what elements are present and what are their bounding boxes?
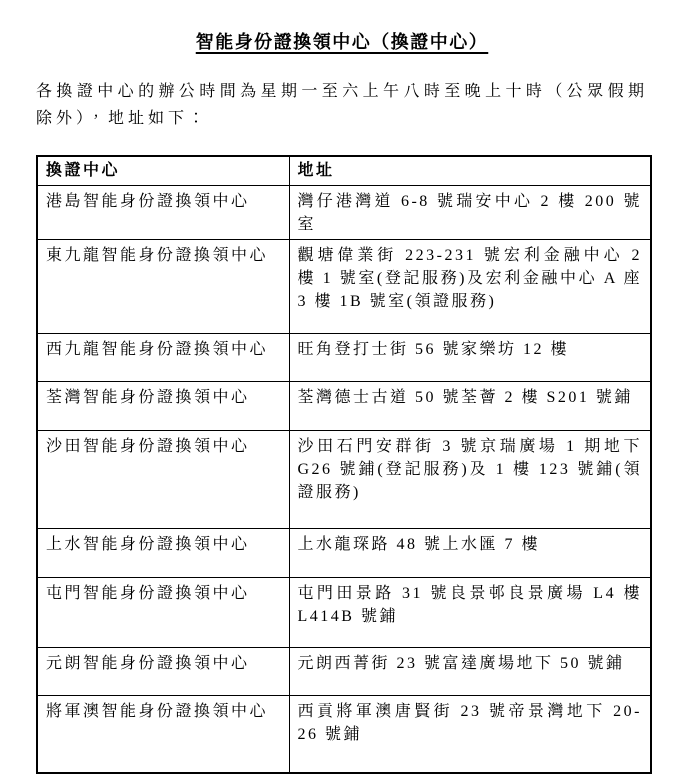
table-row: 東九龍智能身份證換領中心觀塘偉業街 223-231 號宏利金融中心 2 樓 1 … bbox=[37, 240, 651, 334]
centre-cell: 東九龍智能身份證換領中心 bbox=[37, 240, 289, 334]
centre-cell: 將軍澳智能身份證換領中心 bbox=[37, 696, 289, 773]
address-cell: 荃灣德士古道 50 號荃薈 2 樓 S201 號鋪 bbox=[289, 382, 651, 431]
centre-cell: 沙田智能身份證換領中心 bbox=[37, 431, 289, 529]
intro-paragraph: 各換證中心的辦公時間為星期一至六上午八時至晚上十時（公眾假期除外），地址如下： bbox=[36, 78, 648, 132]
table-header: 換證中心 地址 bbox=[37, 156, 651, 186]
table-row: 上水智能身份證換領中心上水龍琛路 48 號上水匯 7 樓 bbox=[37, 529, 651, 578]
centre-cell: 西九龍智能身份證換領中心 bbox=[37, 334, 289, 382]
table-row: 屯門智能身份證換領中心屯門田景路 31 號良景邨良景廣場 L4 樓 L414B … bbox=[37, 578, 651, 648]
header-row: 換證中心 地址 bbox=[37, 156, 651, 186]
address-cell: 旺角登打士街 56 號家樂坊 12 樓 bbox=[289, 334, 651, 382]
address-cell: 屯門田景路 31 號良景邨良景廣場 L4 樓 L414B 號鋪 bbox=[289, 578, 651, 648]
address-cell: 元朗西菁街 23 號富達廣場地下 50 號鋪 bbox=[289, 648, 651, 696]
table-row: 沙田智能身份證換領中心沙田石門安群街 3 號京瑞廣場 1 期地下 G26 號鋪(… bbox=[37, 431, 651, 529]
table-row: 西九龍智能身份證換領中心旺角登打士街 56 號家樂坊 12 樓 bbox=[37, 334, 651, 382]
address-cell: 沙田石門安群街 3 號京瑞廣場 1 期地下 G26 號鋪(登記服務)及 1 樓 … bbox=[289, 431, 651, 529]
table-row: 將軍澳智能身份證換領中心西貢將軍澳唐賢街 23 號帝景灣地下 20-26 號鋪 bbox=[37, 696, 651, 773]
col-header-address: 地址 bbox=[289, 156, 651, 186]
centre-cell: 元朗智能身份證換領中心 bbox=[37, 648, 289, 696]
centre-cell: 上水智能身份證換領中心 bbox=[37, 529, 289, 578]
centre-cell: 屯門智能身份證換領中心 bbox=[37, 578, 289, 648]
table-row: 港島智能身份證換領中心灣仔港灣道 6-8 號瑞安中心 2 樓 200 號室 bbox=[37, 186, 651, 240]
centre-cell: 荃灣智能身份證換領中心 bbox=[37, 382, 289, 431]
table-body: 港島智能身份證換領中心灣仔港灣道 6-8 號瑞安中心 2 樓 200 號室東九龍… bbox=[37, 186, 651, 773]
address-cell: 灣仔港灣道 6-8 號瑞安中心 2 樓 200 號室 bbox=[289, 186, 651, 240]
centres-table: 換證中心 地址 港島智能身份證換領中心灣仔港灣道 6-8 號瑞安中心 2 樓 2… bbox=[36, 155, 652, 774]
col-header-centre: 換證中心 bbox=[37, 156, 289, 186]
page-title: 智能身份證換領中心（換證中心） bbox=[36, 28, 648, 54]
address-cell: 上水龍琛路 48 號上水匯 7 樓 bbox=[289, 529, 651, 578]
address-cell: 觀塘偉業街 223-231 號宏利金融中心 2 樓 1 號室(登記服務)及宏利金… bbox=[289, 240, 651, 334]
centre-cell: 港島智能身份證換領中心 bbox=[37, 186, 289, 240]
address-cell: 西貢將軍澳唐賢街 23 號帝景灣地下 20-26 號鋪 bbox=[289, 696, 651, 773]
document-page: 智能身份證換領中心（換證中心） 各換證中心的辦公時間為星期一至六上午八時至晚上十… bbox=[0, 0, 681, 774]
table-row: 元朗智能身份證換領中心元朗西菁街 23 號富達廣場地下 50 號鋪 bbox=[37, 648, 651, 696]
table-row: 荃灣智能身份證換領中心荃灣德士古道 50 號荃薈 2 樓 S201 號鋪 bbox=[37, 382, 651, 431]
